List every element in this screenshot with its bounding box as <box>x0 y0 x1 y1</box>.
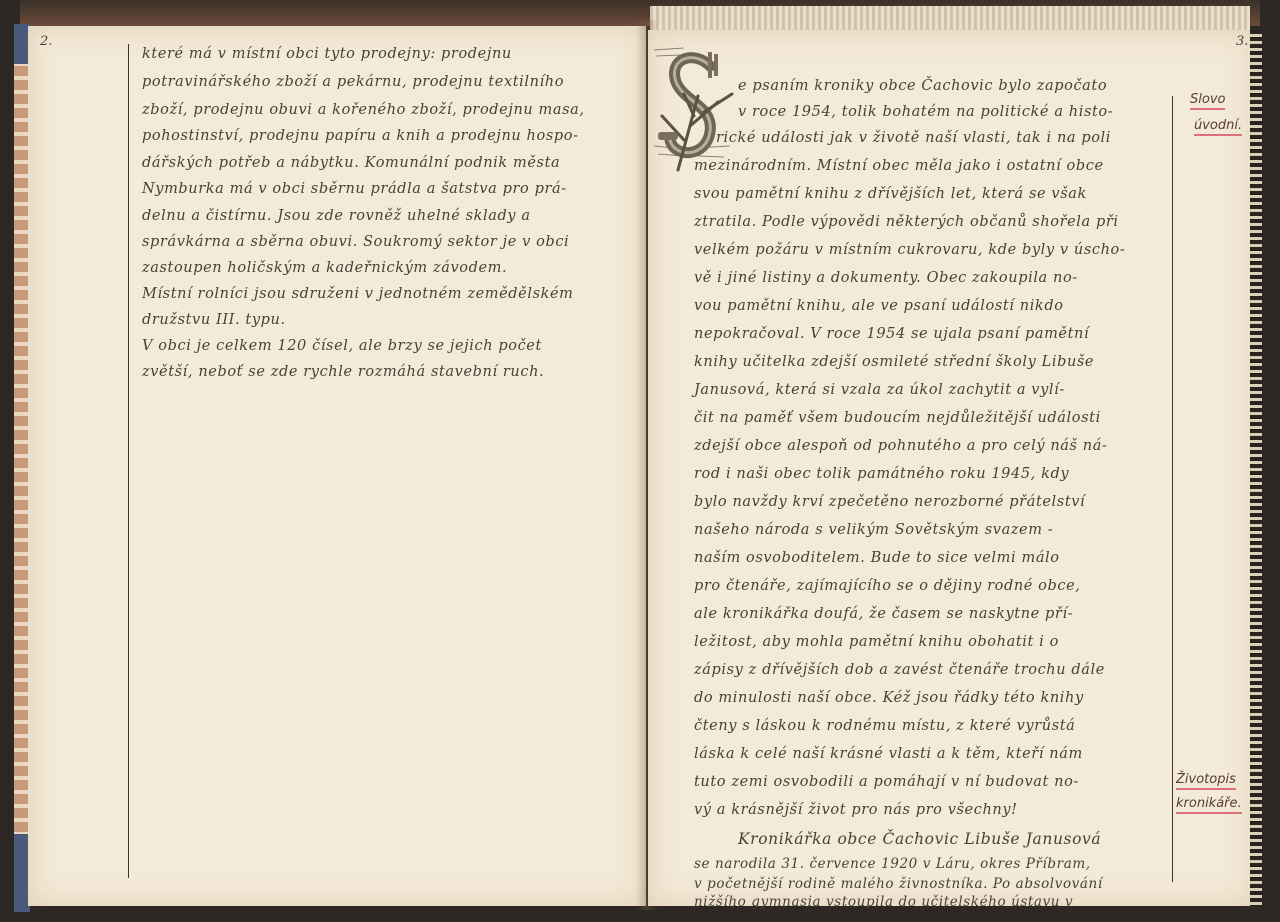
text-line: zastoupen holičským a kadeřnickým závode… <box>142 260 507 276</box>
text-line: tuto zemi osvobodili a pomáhají v ní bud… <box>694 774 1079 790</box>
text-line: pohostinství, prodejnu papíru a knih a p… <box>142 128 579 144</box>
text-line: mezinárodním. Místní obec měla jako i os… <box>694 158 1104 174</box>
text-line: vý a krásnější život pro nás pro všechny… <box>694 802 1018 818</box>
text-line: Kronikářka obce Čachovic Libuše Janusová <box>738 830 1101 848</box>
text-line: Janusová, která si vzala za úkol zachyti… <box>694 382 1065 398</box>
text-line: se narodila 31. července 1920 v Láru, ok… <box>694 856 1091 872</box>
page-stack-edge <box>650 6 1250 30</box>
text-line: družstvu III. typu. <box>142 312 286 328</box>
text-line: dářských potřeb a nábytku. Komunální pod… <box>142 155 560 171</box>
text-line: velkém požáru v místním cukrovaru, kde b… <box>694 242 1125 258</box>
text-line: nižšího gymnasia vstoupila do učitelskéh… <box>694 894 1073 910</box>
text-line: ztratila. Podle výpovědi některých občan… <box>694 214 1119 230</box>
text-line: rod i naši obec tolik památného roku 194… <box>694 466 1069 482</box>
text-line: rické události jak v životě naší vlasti,… <box>716 130 1111 146</box>
margin-rule-right <box>1172 96 1173 882</box>
margin-note-title: Slovo <box>1190 92 1225 110</box>
text-line: svou pamětní knihu z dřívějších let, kte… <box>694 186 1087 202</box>
margin-rule-left <box>128 44 129 878</box>
text-line: v roce 1954, tolik bohatém na politické … <box>738 104 1113 120</box>
text-line: našeho národa s velikým Sovětským svazem… <box>694 522 1053 538</box>
text-line: V obci je celkem 120 čísel, ale brzy se … <box>142 338 542 354</box>
text-line: v početnější rodině malého živnostníka. … <box>694 876 1103 892</box>
text-line: Místní rolníci jsou sdruženi v jednotném… <box>142 286 574 302</box>
text-line: ležitost, aby mohla pamětní knihu obohat… <box>694 634 1059 650</box>
page-stack-edge-right <box>1250 30 1262 906</box>
text-line: zápisy z dřívějších dob a zavést čtenáře… <box>694 662 1105 678</box>
text-line: Nymburka má v obci sběrnu prádla a šatst… <box>142 181 567 197</box>
text-line: naším osvoboditelem. Bude to sice velmi … <box>694 550 1060 566</box>
text-line: zvětší, neboť se zde rychle rozmáhá stav… <box>142 364 544 380</box>
text-line: správkárna a sběrna obuvi. Soukromý sekt… <box>142 234 569 250</box>
text-line: nepokračoval. V roce 1954 se ujala psaní… <box>694 326 1089 342</box>
margin-note-title: úvodní. <box>1194 118 1242 136</box>
page-number-left: 2. <box>40 34 52 49</box>
text-line: delnu a čistírnu. Jsou zde rovněž uhelné… <box>142 208 531 224</box>
text-line: pro čtenáře, zajímajícího se o dějiny ro… <box>694 578 1080 594</box>
decorative-initial-s-icon <box>654 36 734 176</box>
text-line: potravinářského zboží a pekárnu, prodejn… <box>142 74 564 90</box>
text-line: které má v místní obci tyto prodejny: pr… <box>142 46 512 62</box>
margin-note-biography: kronikáře. <box>1176 796 1242 814</box>
text-line: láska k celé naší krásné vlasti a k těm,… <box>694 746 1083 762</box>
text-line: vě i jiné listiny a dokumenty. Obec zako… <box>694 270 1078 286</box>
text-line: ale kronikářka doufá, že časem se naskyt… <box>694 606 1073 622</box>
text-line: knihy učitelka zdejší osmileté střední š… <box>694 354 1094 370</box>
text-line: e psaním kroniky obce Čachovic bylo zapo… <box>738 78 1107 94</box>
text-line: bylo navždy krví zpečetěno nerozborné př… <box>694 494 1085 510</box>
page-number-right: 3. <box>1236 34 1248 49</box>
text-line: zdejší obce alespoň od pohnutého a pro c… <box>694 438 1107 454</box>
text-line: zboží, prodejnu obuvi a kořeného zboží, … <box>142 102 585 118</box>
text-line: vou pamětní knihu, ale ve psaní událostí… <box>694 298 1064 314</box>
text-line: čteny s láskou k rodnému místu, z které … <box>694 718 1075 734</box>
text-line: čit na paměť všem budoucím nejdůležitějš… <box>694 410 1101 426</box>
text-line: do minulosti naší obce. Kéž jsou řádky t… <box>694 690 1084 706</box>
margin-note-biography: Životopis <box>1176 772 1236 790</box>
